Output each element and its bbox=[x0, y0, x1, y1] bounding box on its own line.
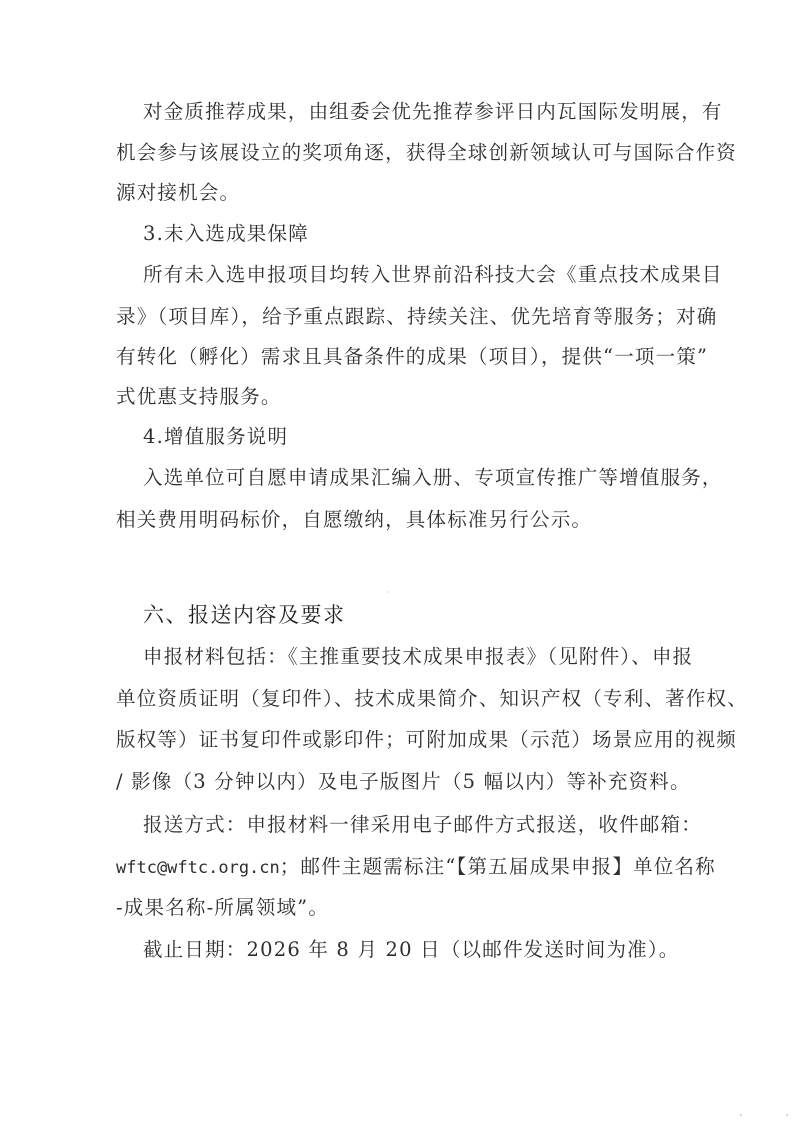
materials-line-3: 版权等）证书复印件或影印件；可附加成果（示范）场景应用的视频 bbox=[116, 727, 673, 753]
item3-title: 3.未入选成果保障 bbox=[143, 221, 703, 247]
paragraph-gold-line-1: 对金质推荐成果，由组委会优先推荐参评日内瓦国际发明展，有 bbox=[143, 99, 673, 125]
email-address[interactable]: wftc@wftc.org.cn bbox=[116, 858, 280, 878]
item4-line-1: 入选单位可自愿申请成果汇编入册、专项宣传推广等增值服务， bbox=[143, 465, 673, 491]
submission-line-3: -成果名称-所属领域”。 bbox=[116, 895, 676, 921]
document-page: 对金质推荐成果，由组委会优先推荐参评日内瓦国际发明展，有 机会参与该展设立的奖项… bbox=[0, 0, 799, 1131]
submission-line-2: wftc@wftc.org.cn；邮件主题需标注“【第五届成果申报】单位名称 bbox=[116, 854, 676, 880]
item3-line-4: 式优惠支持服务。 bbox=[116, 384, 676, 410]
item3-line-2: 录》（项目库），给予重点跟踪、持续关注、优先培育等服务；对确 bbox=[116, 304, 673, 330]
item3-line-3: 有转化（孵化）需求且具备条件的成果（项目），提供“一项一策” bbox=[116, 344, 673, 370]
item3-line-1: 所有未入选申报项目均转入世界前沿科技大会《重点技术成果目 bbox=[143, 262, 673, 288]
item4-line-2: 相关费用明码标价，自愿缴纳，具体标准另行公示。 bbox=[116, 507, 676, 533]
submission-subject-text: ；邮件主题需标注“【第五届成果申报】单位名称 bbox=[280, 855, 716, 878]
paragraph-gold-line-3: 源对接机会。 bbox=[116, 180, 676, 206]
scan-speck bbox=[387, 591, 389, 593]
paragraph-gold-line-2: 机会参与该展设立的奖项角逐，获得全球创新领域认可与国际合作资 bbox=[116, 140, 673, 166]
item4-title: 4.增值服务说明 bbox=[143, 424, 703, 450]
materials-line-1: 申报材料包括：《主推重要技术成果申报表》（见附件）、申报 bbox=[143, 644, 673, 670]
materials-line-4: / 影像（3 分钟以内）及电子版图片（5 幅以内）等补充资料。 bbox=[116, 769, 676, 795]
materials-line-2: 单位资质证明（复印件）、技术成果简介、知识产权（专利、著作权、 bbox=[116, 686, 673, 712]
submission-line-1: 报送方式：申报材料一律采用电子邮件方式报送，收件邮箱： bbox=[143, 812, 673, 838]
section-6-heading: 六、报送内容及要求 bbox=[143, 601, 346, 629]
scan-speck bbox=[786, 1114, 788, 1116]
deadline-text: 截止日期：2026 年 8 月 20 日（以邮件发送时间为准）。 bbox=[143, 937, 703, 963]
scan-speck bbox=[740, 1114, 742, 1116]
